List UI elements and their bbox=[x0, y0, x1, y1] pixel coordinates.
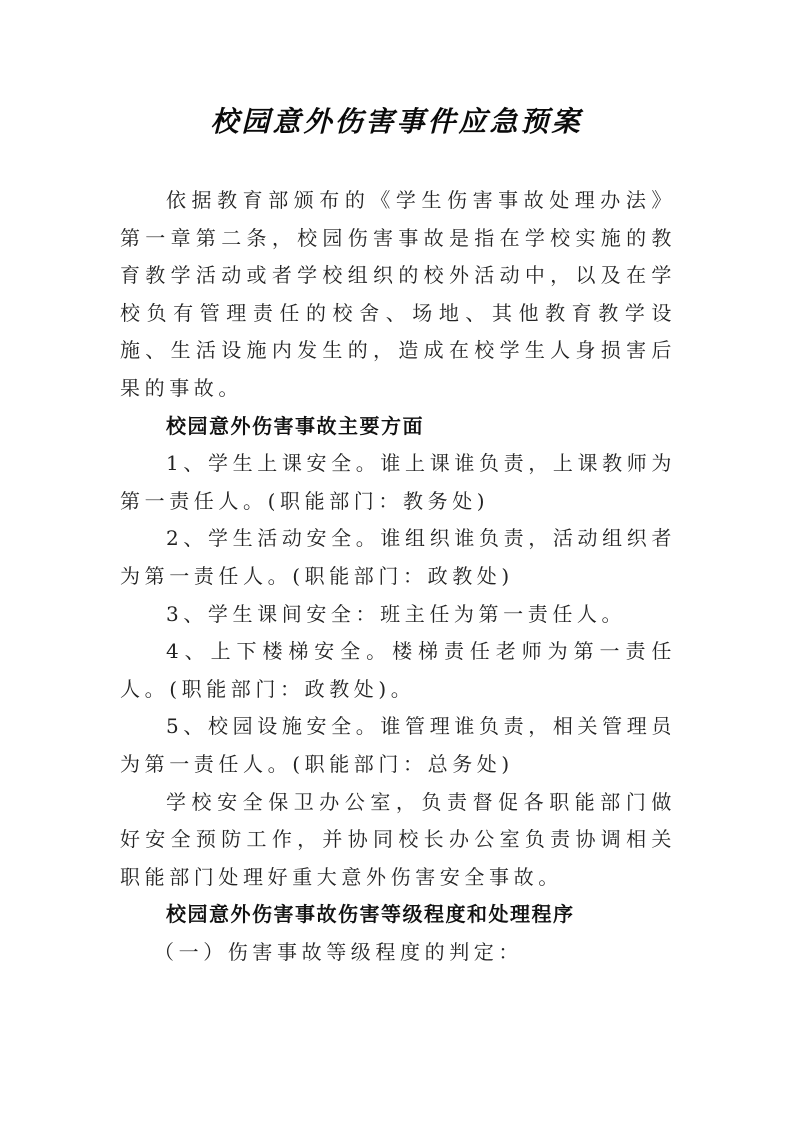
item-activity-safety: 2、学生活动安全。谁组织谁负责，活动组织者为第一责任人。(职能部门：政教处) bbox=[120, 520, 676, 595]
document-body: 依据教育部颁布的《学生伤害事故处理办法》第一章第二条，校园伤害事故是指在学校实施… bbox=[120, 182, 676, 971]
document-title: 校园意外伤害事件应急预案 bbox=[0, 104, 793, 140]
intro-paragraph: 依据教育部颁布的《学生伤害事故处理办法》第一章第二条，校园伤害事故是指在学校实施… bbox=[120, 182, 676, 408]
item-facility-safety: 5、校园设施安全。谁管理谁负责，相关管理员为第一责任人。(职能部门：总务处) bbox=[120, 708, 676, 783]
item-stairs-safety: 4、上下楼梯安全。楼梯责任老师为第一责任人。(职能部门：政教处)。 bbox=[120, 633, 676, 708]
section-heading-levels-procedures: 校园意外伤害事故伤害等级程度和处理程序 bbox=[120, 896, 676, 934]
security-office-paragraph: 学校安全保卫办公室，负责督促各职能部门做好安全预防工作，并协同校长办公室负责协调… bbox=[120, 784, 676, 897]
item-break-safety: 3、学生课间安全：班主任为第一责任人。 bbox=[120, 596, 676, 634]
document-page: 校园意外伤害事件应急预案 依据教育部颁布的《学生伤害事故处理办法》第一章第二条，… bbox=[0, 0, 793, 1122]
subsection-level-determination: （一）伤害事故等级程度的判定： bbox=[120, 934, 676, 972]
section-heading-main-aspects: 校园意外伤害事故主要方面 bbox=[120, 408, 676, 446]
item-class-safety: 1、学生上课安全。谁上课谁负责，上课教师为第一责任人。(职能部门：教务处) bbox=[120, 445, 676, 520]
